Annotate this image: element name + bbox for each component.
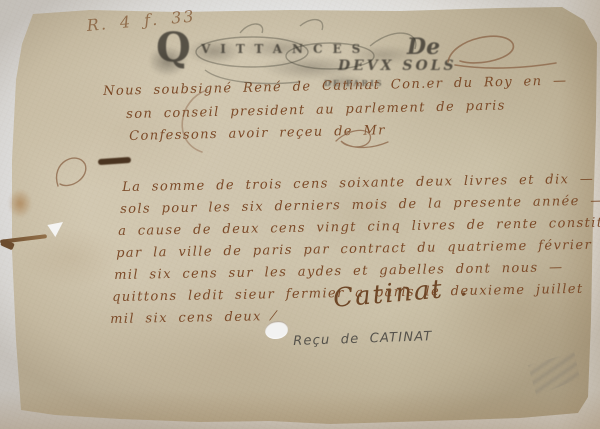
tax-stamp-word-quittances: VITTANCES xyxy=(201,42,370,56)
body-line-7: mil six cens deux ⁄ xyxy=(110,309,276,327)
tax-stamp-initial: Q xyxy=(156,28,191,68)
tax-stamp-word-de: De xyxy=(407,34,440,60)
tax-stamp-deux-sols: DEVX SOLS xyxy=(338,58,457,74)
photo-of-manuscript: R. 4 ƒ. 33 Q VITTANCES De DEVX SOLS DE P… xyxy=(0,0,600,429)
